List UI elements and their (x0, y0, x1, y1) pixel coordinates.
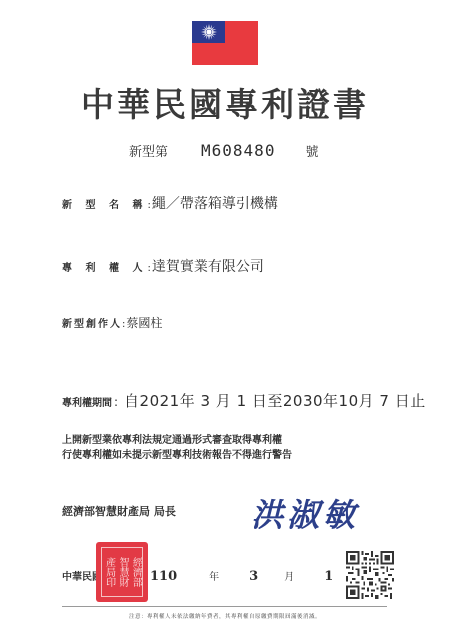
patent-number-value: M608480 (201, 141, 275, 160)
director-signature: 洪淑敏 (251, 490, 359, 536)
flag-canton (192, 21, 225, 43)
issuing-office: 經濟部智慧財產局 局長 (62, 503, 176, 519)
footer-divider (62, 606, 387, 607)
date-month-unit: 月 (284, 568, 294, 583)
certificate-title: 中華民國專利證書 (0, 79, 450, 126)
patentee-value: 達賀實業有限公司 (152, 256, 264, 276)
colon: : (122, 319, 125, 330)
patent-number-prefix: 新型第 (129, 141, 168, 160)
utility-name-value: 繩／帶落箱導引機構 (152, 193, 278, 213)
patentee-label: 專 利 權 人 (62, 259, 147, 274)
fee-footnote: 注意：專利權人未依法繳納年費者，其專利權自原繳費期限屆滿後消滅。 (0, 612, 450, 620)
date-year-unit: 年 (209, 568, 219, 583)
field-creator: 新型創作人 : 蔡國柱 (62, 314, 162, 331)
seal-column-3: 產局印 (103, 557, 115, 587)
white-sun-icon (201, 24, 217, 40)
field-utility-name: 新 型 名 稱 : 繩／帶落箱導引機構 (62, 193, 278, 213)
legal-notice-line-2: 行使專利權如未提示新型專利技術報告不得進行警告 (62, 448, 292, 463)
patent-term-value: 自2021年 3 月 1 日至2030年10月 7 日止 (124, 390, 426, 411)
legal-notice-line-1: 上開新型業依專利法規定通過形式審查取得專利權 (62, 433, 292, 448)
date-day: 1 (324, 569, 333, 584)
colon: : (114, 395, 118, 409)
creator-label: 新型創作人 (62, 315, 122, 330)
seal-column-2: 智慧財 (116, 557, 128, 587)
legal-notice: 上開新型業依專利法規定通過形式審查取得專利權 行使專利權如未提示新型專利技術報告… (62, 433, 292, 463)
patent-term: 專利權期間 : 自2021年 3 月 1 日至2030年10月 7 日止 (62, 390, 426, 411)
official-seal-icon: 經濟部 智慧財 產局印 (96, 542, 148, 602)
roc-flag-icon (192, 21, 258, 65)
date-month: 3 (249, 569, 258, 584)
creator-value: 蔡國柱 (126, 314, 162, 331)
qr-code-icon[interactable] (346, 550, 394, 600)
seal-frame: 經濟部 智慧財 產局印 (101, 547, 143, 597)
colon: : (147, 263, 150, 274)
patent-number-suffix: 號 (305, 141, 318, 160)
date-year: 110 (150, 569, 177, 584)
patent-number: 新型第 M608480 號 (129, 141, 318, 160)
seal-column-1: 經濟部 (129, 557, 141, 587)
utility-name-label: 新 型 名 稱 (62, 196, 147, 211)
field-patentee: 專 利 權 人 : 達賀實業有限公司 (62, 256, 264, 276)
colon: : (147, 200, 150, 211)
patent-term-label: 專利權期間 (62, 394, 112, 409)
